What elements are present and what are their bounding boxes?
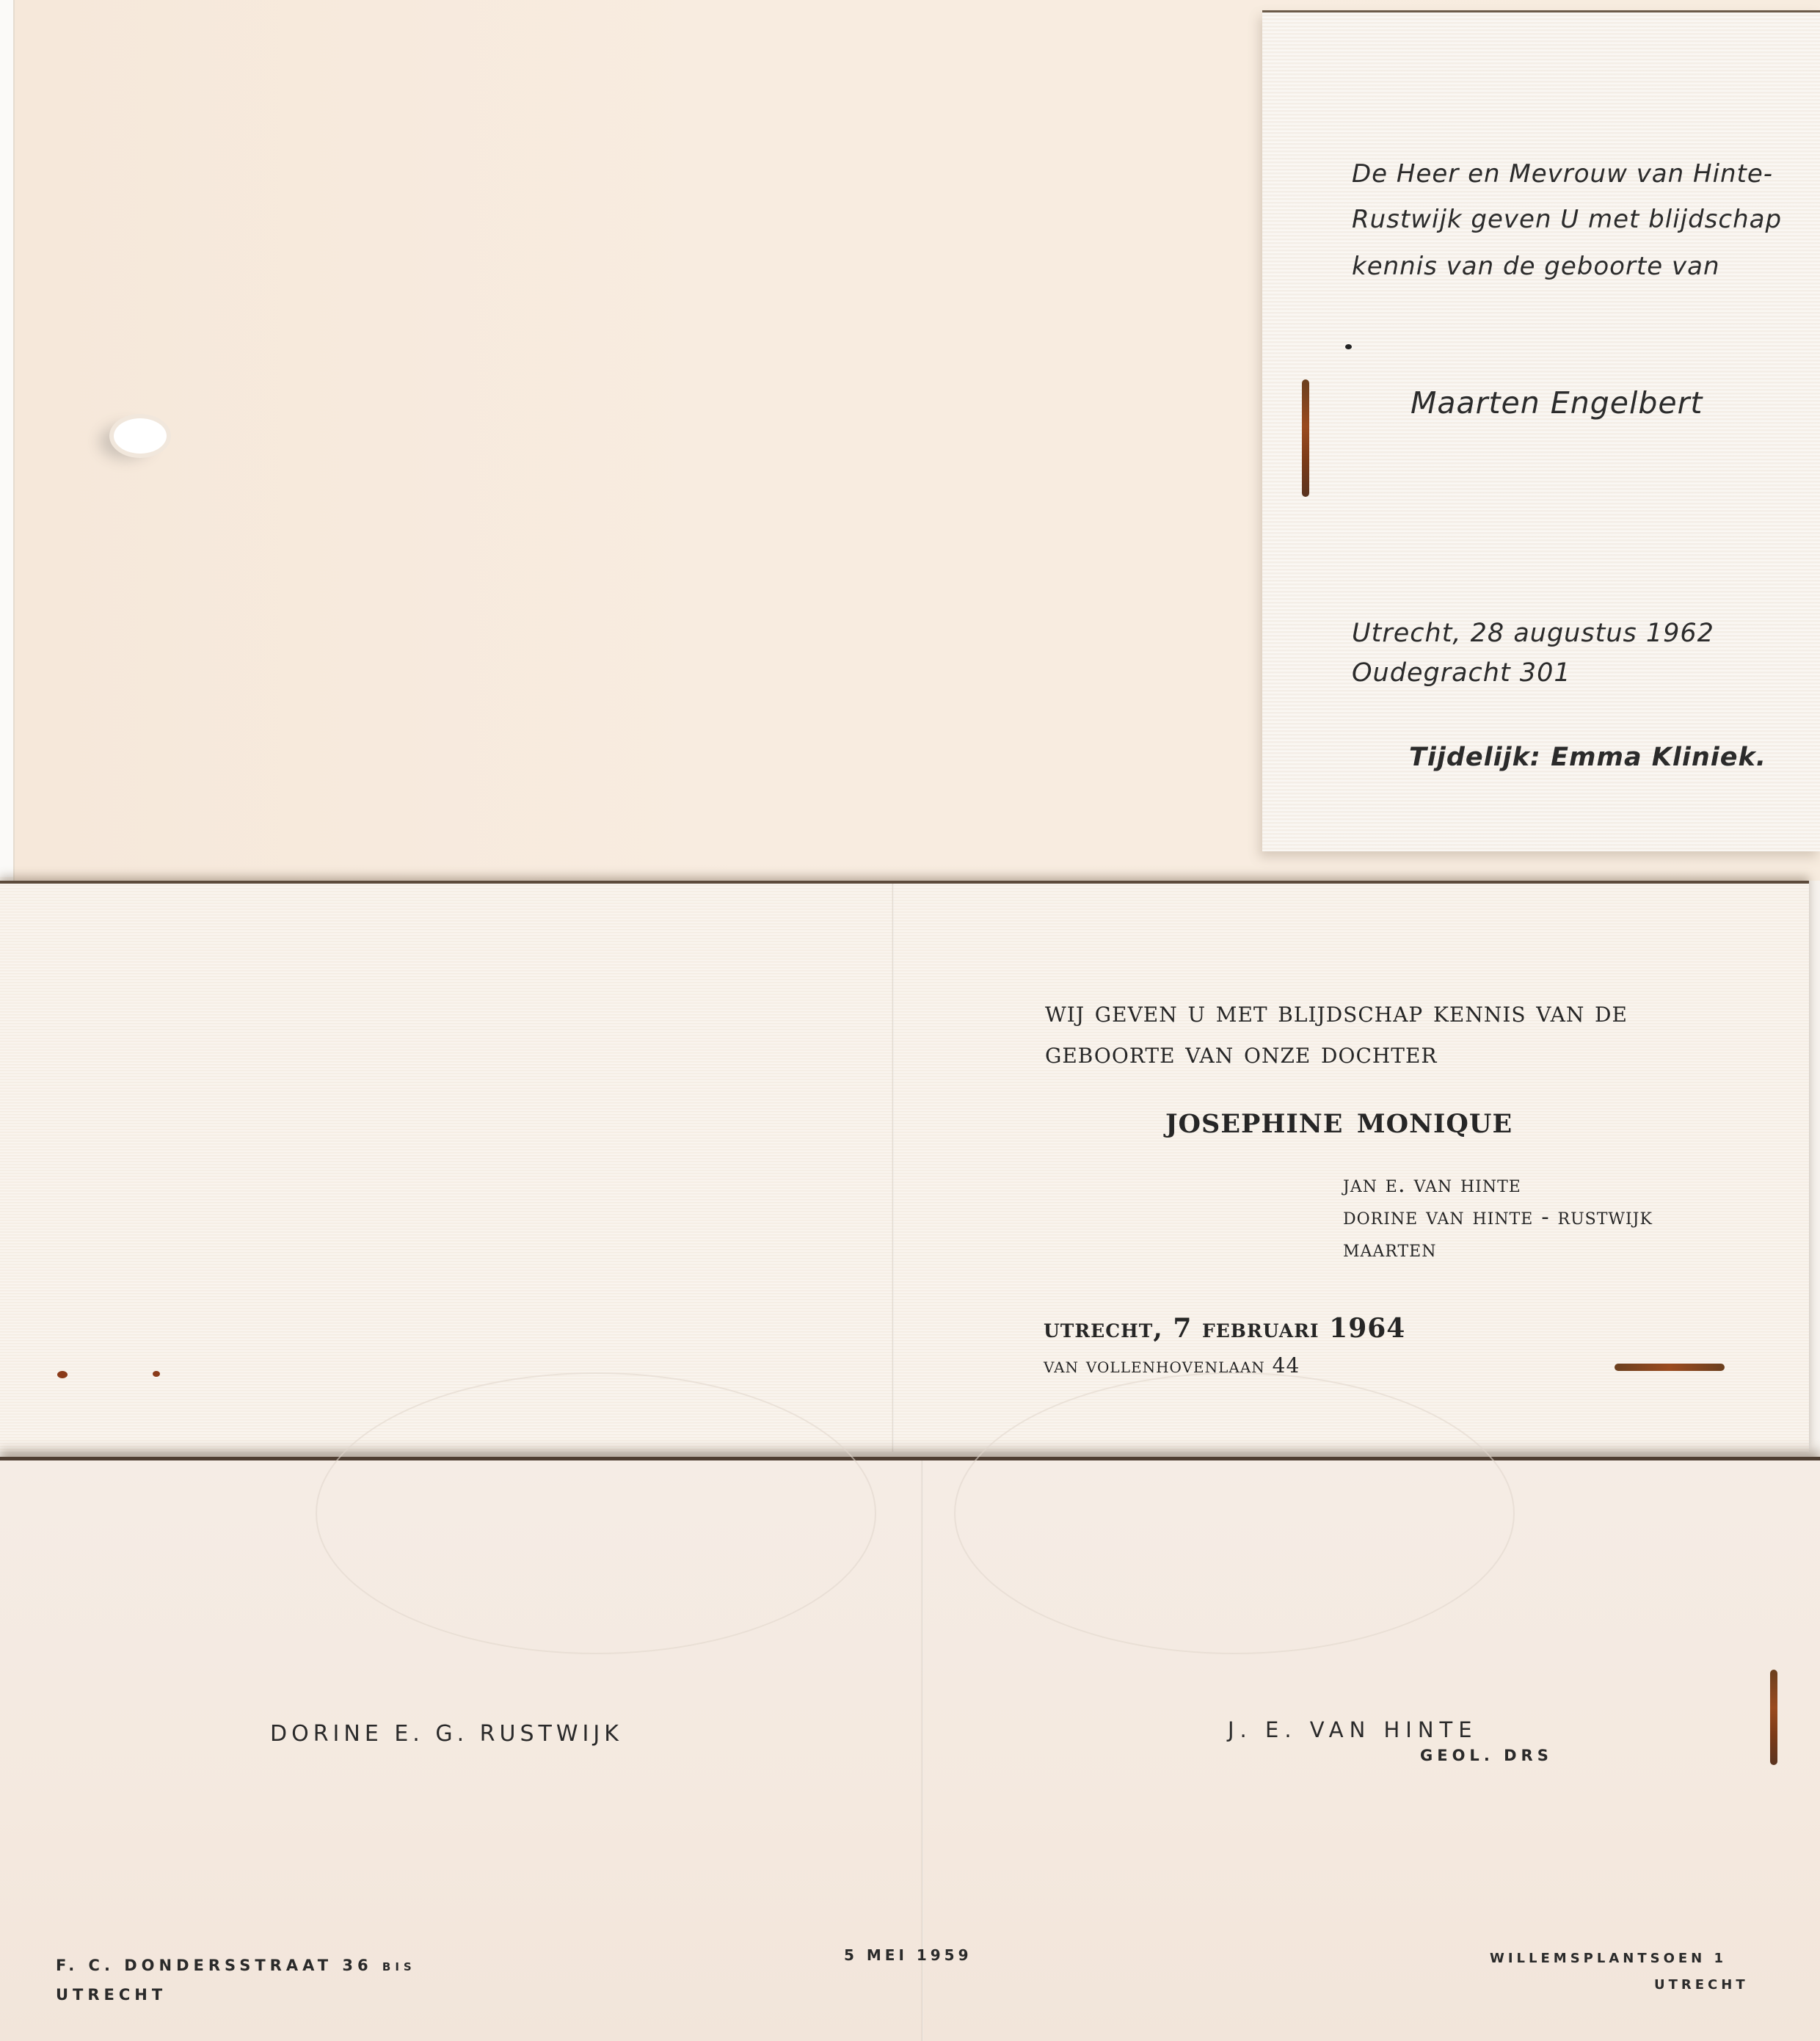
bride-street-suffix: BIS xyxy=(382,1960,416,1973)
bride-address-city: UTRECHT xyxy=(56,1986,167,2004)
child-name: josephine monique xyxy=(1165,1098,1513,1141)
groom-address-city: UTRECHT xyxy=(1654,1977,1749,1993)
ink-speck xyxy=(1345,344,1352,349)
groom-title: GEOL. DRS xyxy=(1420,1747,1553,1764)
bride-street: F. C. DONDERSSTRAAT 36 xyxy=(56,1957,373,1974)
rusty-staple-icon xyxy=(1302,379,1309,497)
rusty-staple-icon xyxy=(1770,1670,1777,1765)
intro-line-3: kennis van de geboorte van xyxy=(1352,252,1720,281)
rust-spot-icon xyxy=(57,1371,68,1378)
temporary-note: Tijdelijk: Emma Kliniek. xyxy=(1409,743,1766,772)
rust-spot-icon xyxy=(153,1371,160,1377)
bride-name: DORINE E. G. RUSTWIJK xyxy=(270,1721,623,1747)
date-line: utrecht, 7 februari 1964 xyxy=(1044,1313,1405,1344)
rusty-staple-icon xyxy=(1615,1364,1725,1371)
punched-hole-icon xyxy=(114,418,167,454)
intro-line-2: geboorte van onze dochter xyxy=(1045,1036,1438,1070)
embossed-ring-decoration xyxy=(954,1372,1515,1654)
birth-announcement-1964: wij geven u met blijdschap kennis van de… xyxy=(0,881,1809,1452)
bride-address-street: F. C. DONDERSSTRAAT 36 BIS xyxy=(56,1957,416,1974)
signatory-sibling: maarten xyxy=(1343,1236,1436,1262)
embossed-ring-decoration xyxy=(316,1372,876,1654)
birth-announcement-1962: De Heer en Mevrouw van Hinte- Rustwijk g… xyxy=(1262,10,1820,851)
groom-name: J. E. VAN HINTE xyxy=(1228,1717,1478,1742)
groom-address-street: WILLEMSPLANTSOEN 1 xyxy=(1490,1951,1727,1966)
child-name: Maarten Engelbert xyxy=(1410,385,1703,421)
date-line: Utrecht, 28 augustus 1962 xyxy=(1352,619,1714,648)
intro-line-1: De Heer en Mevrouw van Hinte- xyxy=(1352,159,1773,189)
intro-line-2: Rustwijk geven U met blijdschap xyxy=(1352,205,1782,234)
card-date: 5 MEI 1959 xyxy=(844,1946,972,1964)
address-line: Oudegracht 301 xyxy=(1352,658,1571,688)
engagement-card-1959: DORINE E. G. RUSTWIJK J. E. VAN HINTE GE… xyxy=(0,1457,1820,2041)
intro-line-1: wij geven u met blijdschap kennis van de xyxy=(1045,995,1628,1029)
signatory-mother: dorine van hinte - rustwijk xyxy=(1343,1204,1653,1230)
card-fold-line xyxy=(892,884,894,1452)
signatory-father: jan e. van hinte xyxy=(1343,1171,1521,1198)
scan-background-strip xyxy=(0,0,13,877)
